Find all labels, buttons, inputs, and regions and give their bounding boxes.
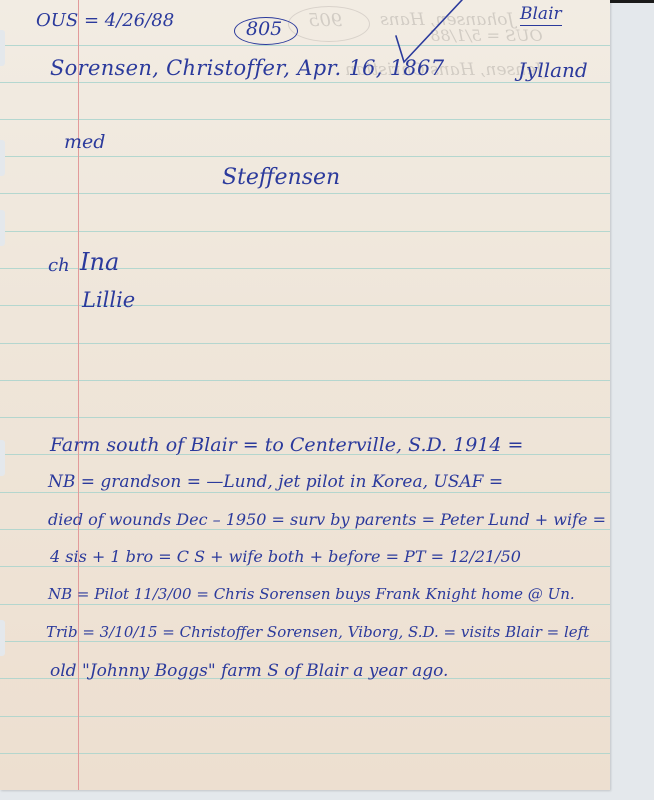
note-line: 4 sis + 1 bro = C S + wife both + before… [50,549,521,565]
binder-hole [0,440,5,476]
name-line: Sorensen, Christoffer, Apr. 16, 1867 [50,58,444,79]
note-line: died of wounds Dec – 1950 = surv by pare… [48,512,606,528]
note-line: Farm south of Blair = to Centerville, S.… [50,436,523,455]
binder-hole [0,210,5,246]
ruled-line [0,82,610,83]
ruled-line [0,604,610,605]
child-name: Lillie [82,290,135,311]
date-code: OUS = 4/26/88 [36,12,174,30]
children-label: ch [48,257,70,275]
ruled-line [0,343,610,344]
ruled-line [0,566,610,567]
card-number: 805 [246,20,282,39]
note-line: Trib = 3/10/15 = Christoffer Sorensen, V… [46,625,589,640]
bleed-through-number: 905 [308,12,342,30]
region-label: Jylland [518,60,588,80]
spouse-name: Steffensen [222,167,340,189]
ruled-line [0,231,610,232]
ruled-line [0,193,610,194]
ruled-line [0,529,610,530]
ruled-line [0,492,610,493]
binder-hole [0,620,5,656]
binder-hole [0,140,5,176]
ruled-line [0,380,610,381]
ruled-line [0,641,610,642]
scan-edge [610,0,654,3]
binder-hole [0,30,5,66]
child-name: Ina [80,250,119,274]
ruled-line [0,119,610,120]
marriage-label: med [64,133,105,152]
note-line: NB = Pilot 11/3/00 = Chris Sorensen buys… [48,587,575,602]
index-card-page: 905 Johansen, Hans OUS = 5/1/88 Jensen, … [0,0,610,790]
ruled-line [0,753,610,754]
ruled-line [0,716,610,717]
ruled-line [0,417,610,418]
ruled-line [0,156,610,157]
ruled-line [0,45,610,46]
note-line: NB = grandson = —Lund, jet pilot in Kore… [48,474,503,491]
town-label: Blair [520,6,562,26]
note-line: old "Johnny Boggs" farm S of Blair a yea… [50,663,448,680]
